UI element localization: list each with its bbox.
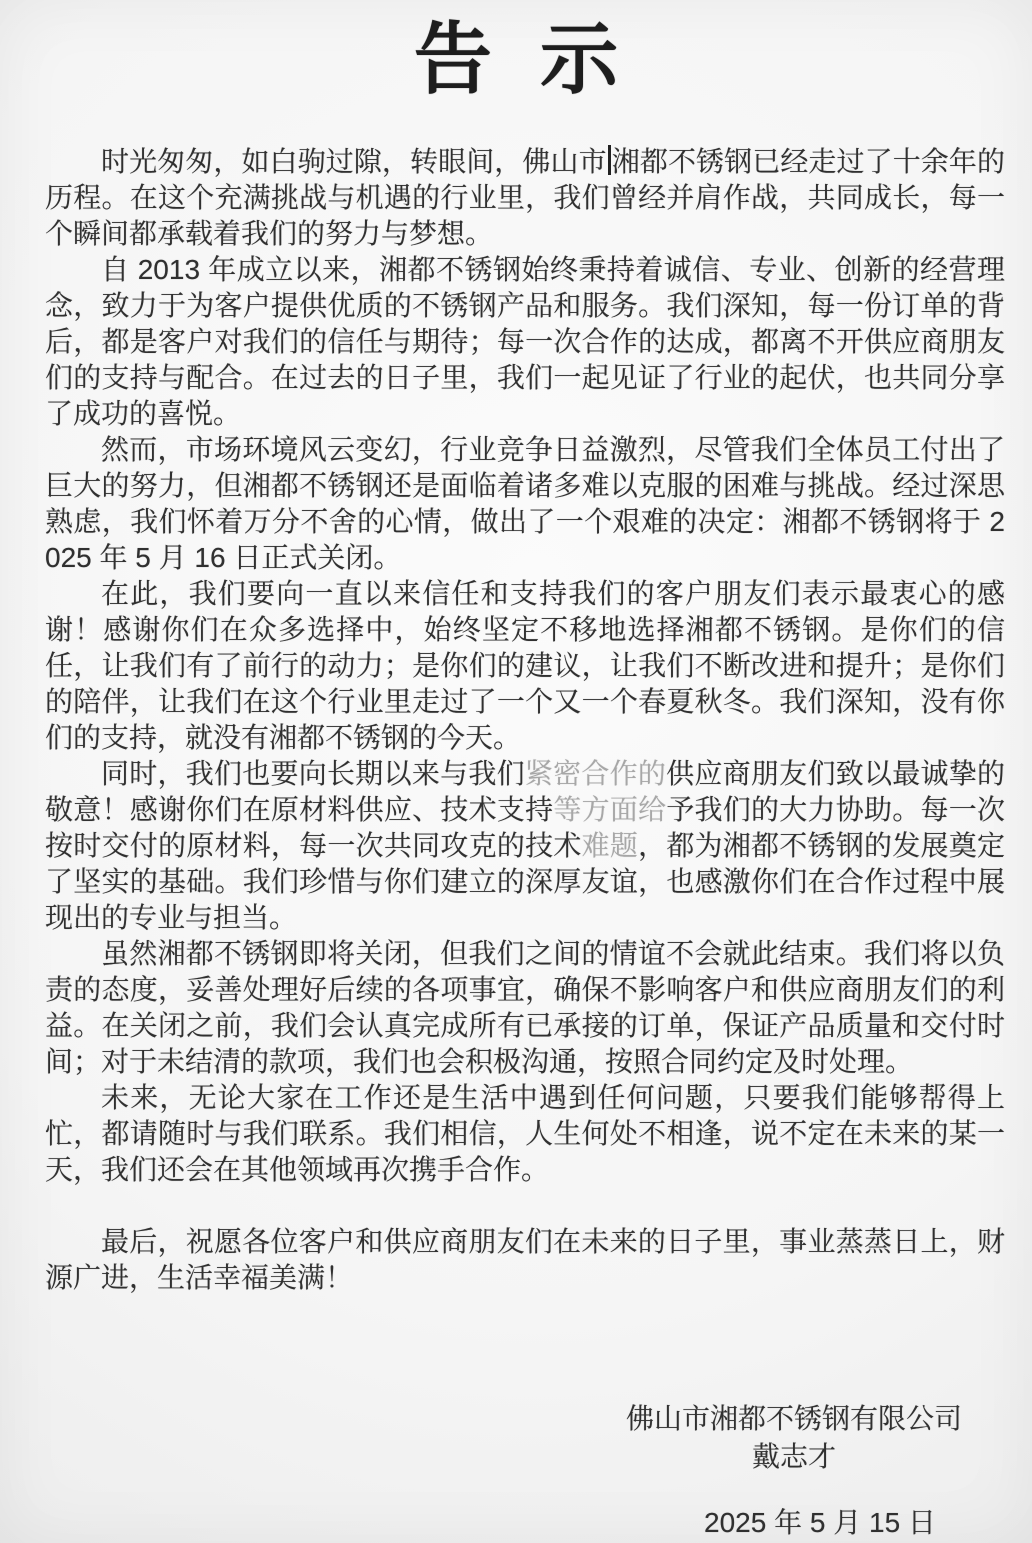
notice-paragraph: 最后，祝愿各位客户和供应商朋友们在未来的日子里，事业蒸蒸日上，财源广进，生活幸福… xyxy=(45,1224,1005,1296)
text-cursor-artifact xyxy=(608,145,611,175)
notice-page: 告示 时光匆匆，如白驹过隙，转眼间，佛山市湘都不锈钢已经走过了十余年的历程。在这… xyxy=(0,0,1032,1543)
notice-paragraph: 然而，市场环境风云变幻，行业竞争日益激烈，尽管我们全体员工付出了巨大的努力，但湘… xyxy=(45,432,1005,576)
text-segment: 同时，我们也要向长期以来与我们 xyxy=(101,758,525,789)
faded-text-segment: 难题 xyxy=(582,830,638,861)
signature-block: 佛山市湘都不锈钢有限公司 戴志才 2025 年 5 月 15 日 xyxy=(626,1400,962,1542)
text-segment: 时光匆匆，如白驹过隙，转眼间，佛山市 xyxy=(101,146,607,177)
notice-paragraph: 未来，无论大家在工作还是生活中遇到任何问题，只要我们能够帮得上忙，都请随时与我们… xyxy=(45,1080,1005,1188)
signature-name: 戴志才 xyxy=(626,1438,962,1476)
notice-paragraph: 自 2013 年成立以来，湘都不锈钢始终秉持着诚信、专业、创新的经营理念，致力于… xyxy=(45,252,1005,432)
notice-paragraph: 虽然湘都不锈钢即将关闭，但我们之间的情谊不会就此结束。我们将以负责的态度，妥善处… xyxy=(45,936,1005,1080)
notice-paragraph: 同时，我们也要向长期以来与我们紧密合作的供应商朋友们致以最诚挚的敬意！感谢你们在… xyxy=(45,756,1005,936)
notice-paragraph: 在此，我们要向一直以来信任和支持我们的客户朋友们表示最衷心的感谢！感谢你们在众多… xyxy=(45,576,1005,756)
notice-paragraph: 时光匆匆，如白驹过隙，转眼间，佛山市湘都不锈钢已经走过了十余年的历程。在这个充满… xyxy=(45,144,1005,252)
text-segment: 自 2013 年成立以来，湘都不锈钢始终秉持着诚信、专业、创新的经营理念，致力于… xyxy=(45,254,1005,429)
faded-text-segment: 紧密合作的 xyxy=(525,758,666,789)
text-segment: 然而，市场环境风云变幻，行业竞争日益激烈，尽管我们全体员工付出了巨大的努力，但湘… xyxy=(45,434,1005,573)
text-segment: 在此，我们要向一直以来信任和支持我们的客户朋友们表示最衷心的感谢！感谢你们在众多… xyxy=(45,578,1005,753)
signature-date: 2025 年 5 月 15 日 xyxy=(652,1504,988,1542)
faded-text-segment: 等方面给 xyxy=(553,794,666,825)
text-segment: 未来，无论大家在工作还是生活中遇到任何问题，只要我们能够帮得上忙，都请随时与我们… xyxy=(45,1082,1005,1185)
signature-company: 佛山市湘都不锈钢有限公司 xyxy=(626,1400,962,1438)
text-segment: 最后，祝愿各位客户和供应商朋友们在未来的日子里，事业蒸蒸日上，财源广进，生活幸福… xyxy=(45,1226,1005,1293)
text-segment: 虽然湘都不锈钢即将关闭，但我们之间的情谊不会就此结束。我们将以负责的态度，妥善处… xyxy=(45,938,1005,1077)
notice-body: 时光匆匆，如白驹过隙，转眼间，佛山市湘都不锈钢已经走过了十余年的历程。在这个充满… xyxy=(45,144,1005,1296)
notice-title: 告示 xyxy=(48,0,1032,104)
